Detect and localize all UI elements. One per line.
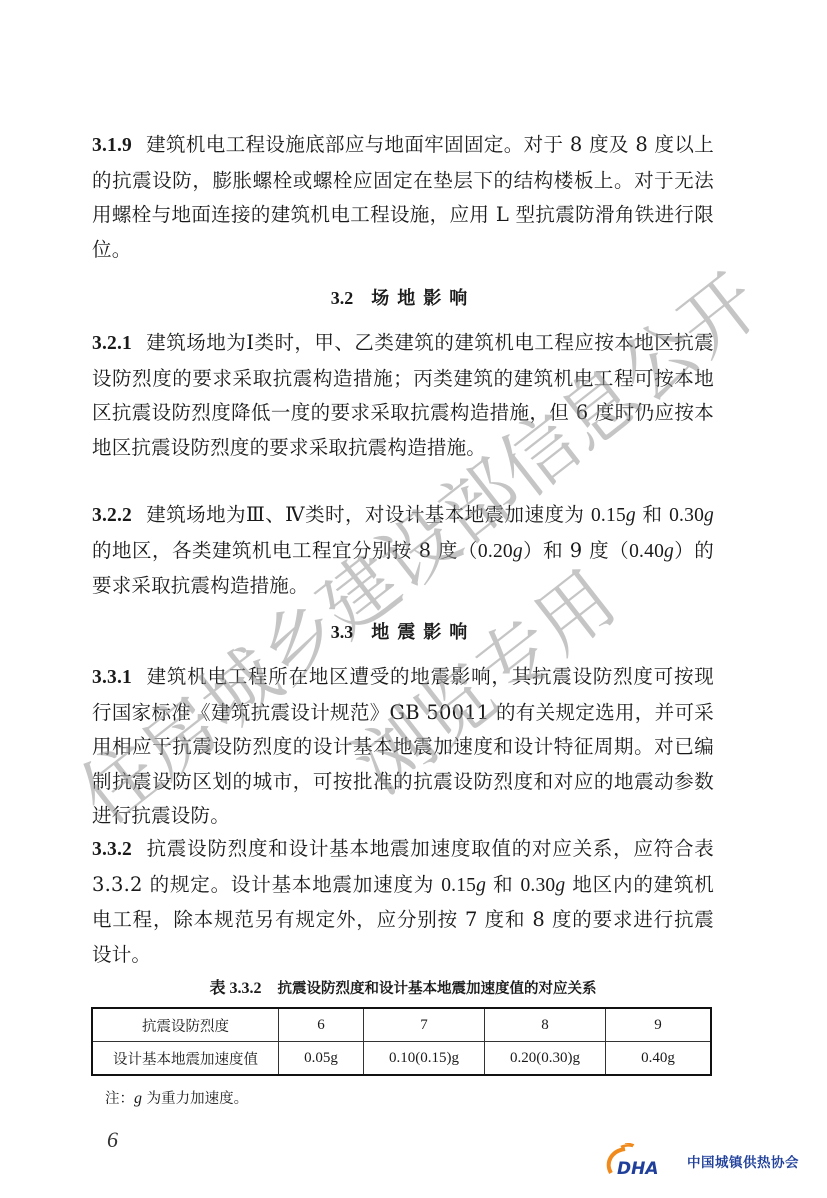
table-note: 注：g 为重力加速度。 (105, 1087, 248, 1108)
section-title: 场地影响 (371, 288, 475, 309)
clause-number: 3.2.1 (92, 333, 132, 354)
table-cell: 9 (606, 1008, 712, 1042)
table-number: 表 3.3.2 (209, 980, 261, 997)
table-cell: 6 (279, 1008, 364, 1042)
clause-text: 和 (636, 503, 669, 526)
table-cell: 0.20(0.30)g (485, 1042, 606, 1076)
note-prefix: 注： (105, 1091, 134, 1107)
value: 0.20 (478, 541, 513, 562)
unit-g: g (626, 505, 636, 526)
table-caption: 表 3.3.2抗震设防烈度和设计基本地震加速度值的对应关系 (92, 975, 714, 998)
clause-3-1-9: 3.1.9建筑机电工程设施底部应与地面牢固固定。对于 8 度及 8 度以上的抗震… (92, 128, 714, 267)
unit-g: g (704, 505, 714, 526)
value: 0.30 (669, 505, 704, 526)
value: 0.40 (629, 541, 664, 562)
unit-g: g (513, 541, 523, 562)
svg-text:DHA: DHA (617, 1159, 659, 1179)
table-row: 抗震设防烈度 6 7 8 9 (92, 1008, 711, 1042)
clause-number: 3.1.9 (92, 135, 132, 156)
clause-text: 建筑机电工程所在地区遭受的地震影响，其抗震设防烈度可按现行国家标准《建筑抗震设计… (92, 665, 714, 827)
table-cell: 8 (485, 1008, 606, 1042)
table-row: 设计基本地震加速度值 0.05g 0.10(0.15)g 0.20(0.30)g… (92, 1042, 711, 1076)
table-title: 抗震设防烈度和设计基本地震加速度值的对应关系 (278, 981, 597, 997)
row-header: 抗震设防烈度 (92, 1008, 279, 1042)
clause-number: 3.3.1 (92, 667, 132, 688)
cdha-logo: DHA 中国城镇供热协会 (603, 1143, 799, 1179)
cdha-logo-icon: DHA (603, 1143, 681, 1179)
value: 0.15 (441, 875, 476, 896)
clause-3-3-1: 3.3.1建筑机电工程所在地区遭受的地震影响，其抗震设防烈度可按现行国家标准《建… (92, 660, 714, 834)
clause-3-3-2: 3.3.2抗震设防烈度和设计基本地震加速度取值的对应关系，应符合表 3.3.2 … (92, 832, 714, 972)
page-number: 6 (107, 1127, 118, 1153)
clause-3-2-1: 3.2.1建筑场地为Ⅰ类时，甲、乙类建筑的建筑机电工程应按本地区抗震设防烈度的要… (92, 326, 714, 465)
section-heading-3-3: 3.3地震影响 (92, 618, 714, 644)
clause-text: ）和 9 度（ (523, 539, 629, 562)
clause-text: 和 (486, 873, 520, 896)
note-symbol: g (134, 1090, 142, 1107)
intensity-acceleration-table: 抗震设防烈度 6 7 8 9 设计基本地震加速度值 0.05g 0.10(0.1… (91, 1007, 712, 1076)
table-cell: 7 (364, 1008, 485, 1042)
unit-g: g (476, 875, 486, 896)
clause-number: 3.3.2 (92, 839, 132, 860)
section-number: 3.3 (331, 622, 354, 642)
clause-3-2-2: 3.2.2建筑场地为Ⅲ、Ⅳ类时，对设计基本地震加速度为 0.15g 和 0.30… (92, 498, 714, 604)
clause-text: 的地区，各类建筑机电工程宜分别按 8 度（ (92, 539, 478, 562)
row-header: 设计基本地震加速度值 (92, 1042, 279, 1076)
section-title: 地震影响 (371, 622, 475, 643)
logo-text: 中国城镇供热协会 (687, 1151, 799, 1171)
clause-text: 建筑场地为Ⅲ、Ⅳ类时，对设计基本地震加速度为 (146, 503, 591, 526)
clause-number: 3.2.2 (92, 505, 132, 526)
value: 0.15 (591, 505, 626, 526)
value: 0.30 (520, 875, 555, 896)
table-cell: 0.10(0.15)g (364, 1042, 485, 1076)
table-cell: 0.40g (606, 1042, 712, 1076)
clause-text: 建筑场地为Ⅰ类时，甲、乙类建筑的建筑机电工程应按本地区抗震设防烈度的要求采取抗震… (92, 331, 714, 459)
unit-g: g (555, 875, 565, 896)
document-page: 3.1.9建筑机电工程设施底部应与地面牢固固定。对于 8 度及 8 度以上的抗震… (0, 0, 827, 1198)
clause-text: 建筑机电工程设施底部应与地面牢固固定。对于 8 度及 8 度以上的抗震设防，膨胀… (92, 133, 714, 261)
section-number: 3.2 (331, 288, 354, 308)
unit-g: g (664, 541, 674, 562)
note-text: 为重力加速度。 (142, 1091, 248, 1107)
table-cell: 0.05g (279, 1042, 364, 1076)
section-heading-3-2: 3.2场地影响 (92, 284, 714, 310)
